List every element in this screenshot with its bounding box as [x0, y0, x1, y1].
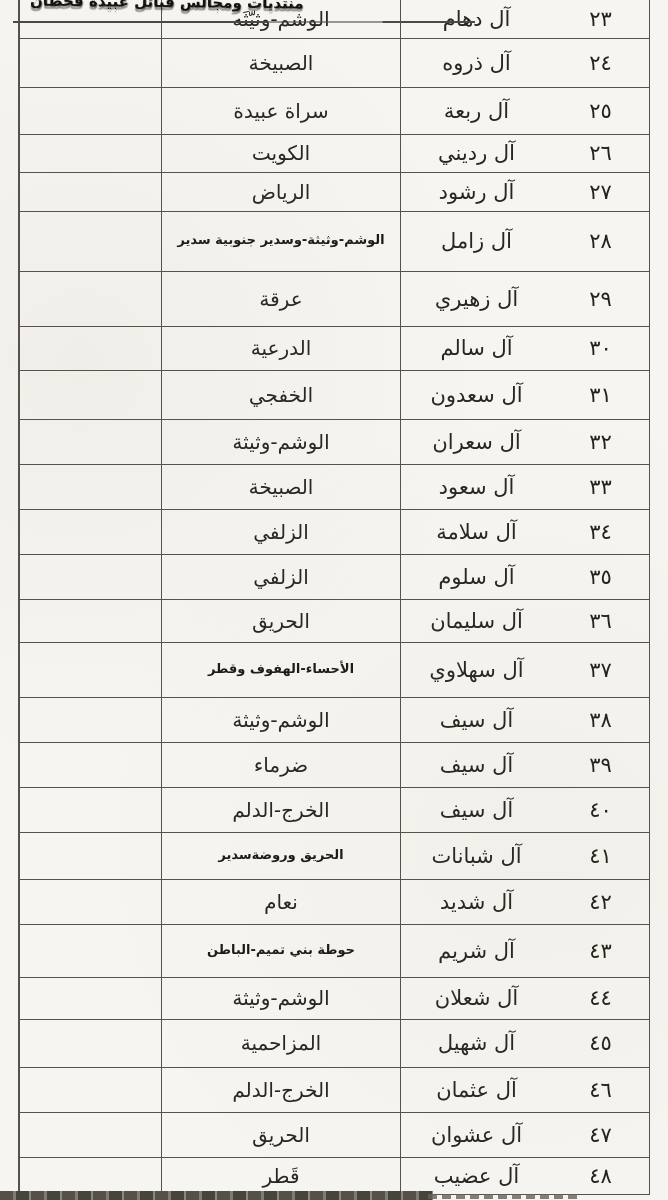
cell-family-name: آل سليمان — [400, 600, 552, 642]
cell-row-number: ٤٠ — [552, 788, 649, 832]
cell-family-name: آل سعود — [400, 465, 552, 509]
cell-empty — [19, 212, 161, 271]
cell-row-number: ٣٢ — [552, 420, 649, 464]
cell-empty — [19, 788, 161, 832]
cell-empty — [19, 833, 161, 879]
cell-row-number: ٢٦ — [552, 135, 649, 172]
scan-artifact-strip-right — [428, 1194, 578, 1199]
cell-empty — [19, 420, 161, 464]
cell-empty — [19, 510, 161, 554]
cell-family-name: آل زهيري — [400, 272, 552, 326]
cell-location: الكويت — [161, 135, 400, 172]
table-row: ٣٠آل سالمالدرعية — [19, 327, 649, 371]
table-row: ٣٣آل سعودالصبيخة — [19, 465, 649, 510]
table-row: ٤٠آل سيفالخرج-الدلم — [19, 788, 649, 833]
cell-empty — [19, 925, 161, 977]
table-row: ٤٧آل عشوانالحريق — [19, 1113, 649, 1158]
cell-location: سراة عبيدة — [161, 88, 400, 134]
cell-family-name: آل رديني — [400, 135, 552, 172]
cell-family-name: آل دهام — [400, 0, 552, 38]
cell-family-name: آل سهلاوي — [400, 643, 552, 697]
table-row: ٤٣آل شريمحوطة بني تميم-الباطن — [19, 925, 649, 978]
cell-location: المزاحمية — [161, 1020, 400, 1067]
cell-empty — [19, 643, 161, 697]
cell-location: الوشم-وثيثة — [161, 420, 400, 464]
cell-empty — [19, 1113, 161, 1157]
cell-empty — [19, 1158, 161, 1194]
cell-empty — [19, 1020, 161, 1067]
cell-family-name: آل شبانات — [400, 833, 552, 879]
cell-location: الصبيخة — [161, 465, 400, 509]
cell-location: الأحساء-الهفوف وقطر — [161, 643, 400, 697]
table-row: ٣٤آل سلامةالزلفي — [19, 510, 649, 555]
table-row: ٣١آل سعدونالخفجي — [19, 371, 649, 420]
cell-family-name: آل عشوان — [400, 1113, 552, 1157]
cell-family-name: آل سيف — [400, 698, 552, 742]
cell-row-number: ٤٦ — [552, 1068, 649, 1112]
cell-location: الرياض — [161, 173, 400, 211]
cell-row-number: ٣٣ — [552, 465, 649, 509]
cell-empty — [19, 1068, 161, 1112]
table-row: ٢٦آل ردينيالكويت — [19, 135, 649, 173]
cell-family-name: آل ربعة — [400, 88, 552, 134]
cell-location: عرقة — [161, 272, 400, 326]
cell-location: الوشم-وثيثة-وسدير جنوبية سدير — [161, 212, 400, 271]
cell-family-name: آل سلوم — [400, 555, 552, 599]
cell-row-number: ٤٧ — [552, 1113, 649, 1157]
table-row: ٣٦آل سليمانالحريق — [19, 600, 649, 643]
cell-location: ضرماء — [161, 743, 400, 787]
cell-row-number: ٤٥ — [552, 1020, 649, 1067]
cell-row-number: ٤٤ — [552, 978, 649, 1019]
cell-location: الخرج-الدلم — [161, 788, 400, 832]
cell-empty — [19, 371, 161, 419]
cell-location: الحريق — [161, 1113, 400, 1157]
cell-row-number: ٤٨ — [552, 1158, 649, 1194]
cell-family-name: آل عثمان — [400, 1068, 552, 1112]
cell-empty — [19, 880, 161, 924]
table-row: ٢٩آل زهيريعرقة — [19, 272, 649, 327]
cell-row-number: ٢٥ — [552, 88, 649, 134]
cell-location: الصبيخة — [161, 39, 400, 87]
cell-family-name: آل سلامة — [400, 510, 552, 554]
cell-family-name: آل رشود — [400, 173, 552, 211]
cell-location: الوشم-وثيثة — [161, 978, 400, 1019]
cell-family-name: آل سعدون — [400, 371, 552, 419]
cell-family-name: آل شديد — [400, 880, 552, 924]
cell-family-name: آل زامل — [400, 212, 552, 271]
table-row: ٣٩آل سيفضرماء — [19, 743, 649, 788]
cell-row-number: ٣٥ — [552, 555, 649, 599]
cell-row-number: ٤٢ — [552, 880, 649, 924]
table-row: ٢٧آل رشودالرياض — [19, 173, 649, 212]
table-row: ٢٨آل زاملالوشم-وثيثة-وسدير جنوبية سدير — [19, 212, 649, 272]
cell-family-name: آل سيف — [400, 788, 552, 832]
table-row: ٤٢آل شديدنعام — [19, 880, 649, 925]
table-row: ٤١آل شباناتالحريق وروضةسدير — [19, 833, 649, 880]
cell-row-number: ٣٩ — [552, 743, 649, 787]
cell-row-number: ٢٤ — [552, 39, 649, 87]
cell-empty — [19, 272, 161, 326]
cell-row-number: ٣٧ — [552, 643, 649, 697]
cell-row-number: ٣٤ — [552, 510, 649, 554]
cell-empty — [19, 600, 161, 642]
cell-location: الحريق — [161, 600, 400, 642]
cell-location: الدرعية — [161, 327, 400, 370]
table-row: ٣٥آل سلومالزلفي — [19, 555, 649, 600]
cell-empty — [19, 978, 161, 1019]
cell-empty — [19, 465, 161, 509]
cell-family-name: آل عضيب — [400, 1158, 552, 1194]
cell-location: الخرج-الدلم — [161, 1068, 400, 1112]
cell-row-number: ٢٣ — [552, 0, 649, 38]
cell-empty — [19, 743, 161, 787]
cell-row-number: ٢٨ — [552, 212, 649, 271]
cell-location: الزلفي — [161, 510, 400, 554]
table-row: ٣٨آل سيفالوشم-وثيثة — [19, 698, 649, 743]
cell-location: حوطة بني تميم-الباطن — [161, 925, 400, 977]
cell-location: قَطر — [161, 1158, 400, 1194]
scan-artifact-line — [13, 21, 475, 23]
cell-family-name: آل سالم — [400, 327, 552, 370]
cell-empty — [19, 173, 161, 211]
cell-family-name: آل سيف — [400, 743, 552, 787]
cell-location: الوشم-وثيثة — [161, 698, 400, 742]
cell-family-name: آل سعران — [400, 420, 552, 464]
cell-row-number: ٣٨ — [552, 698, 649, 742]
cell-location: الخفجي — [161, 371, 400, 419]
table-row: ٤٨آل عضيبقَطر — [19, 1158, 649, 1195]
cell-family-name: آل شهيل — [400, 1020, 552, 1067]
table-row: ٢٥آل ربعةسراة عبيدة — [19, 88, 649, 135]
table-row: ٣٢آل سعرانالوشم-وثيثة — [19, 420, 649, 465]
table-row: ٤٤آل شعلانالوشم-وثيثة — [19, 978, 649, 1020]
cell-row-number: ٢٩ — [552, 272, 649, 326]
cell-family-name: آل شريم — [400, 925, 552, 977]
table-row: ٤٥آل شهيلالمزاحمية — [19, 1020, 649, 1068]
cell-empty — [19, 555, 161, 599]
tribes-table: ٢٣آل دهامالوشم-وثيّثَه٢٤آل ذروهالصبيخة٢٥… — [18, 0, 650, 1195]
cell-row-number: ٢٧ — [552, 173, 649, 211]
scan-artifact-strip — [0, 1191, 433, 1200]
cell-empty — [19, 88, 161, 134]
table-row: ٤٦آل عثمانالخرج-الدلم — [19, 1068, 649, 1113]
cell-location: الحريق وروضةسدير — [161, 833, 400, 879]
cell-row-number: ٣٠ — [552, 327, 649, 370]
cell-empty — [19, 39, 161, 87]
table-row: ٣٧آل سهلاويالأحساء-الهفوف وقطر — [19, 643, 649, 698]
cell-location: نعام — [161, 880, 400, 924]
cell-row-number: ٤٣ — [552, 925, 649, 977]
cell-family-name: آل ذروه — [400, 39, 552, 87]
cell-empty — [19, 327, 161, 370]
cell-row-number: ٣٦ — [552, 600, 649, 642]
cell-empty — [19, 698, 161, 742]
cell-row-number: ٣١ — [552, 371, 649, 419]
cell-row-number: ٤١ — [552, 833, 649, 879]
scanned-document-page: منتديات ومجالس قبائل عبيدة قحطان ٢٣آل ده… — [0, 0, 668, 1200]
table-row: ٢٤آل ذروهالصبيخة — [19, 39, 649, 88]
cell-location: الزلفي — [161, 555, 400, 599]
cell-family-name: آل شعلان — [400, 978, 552, 1019]
cell-empty — [19, 135, 161, 172]
